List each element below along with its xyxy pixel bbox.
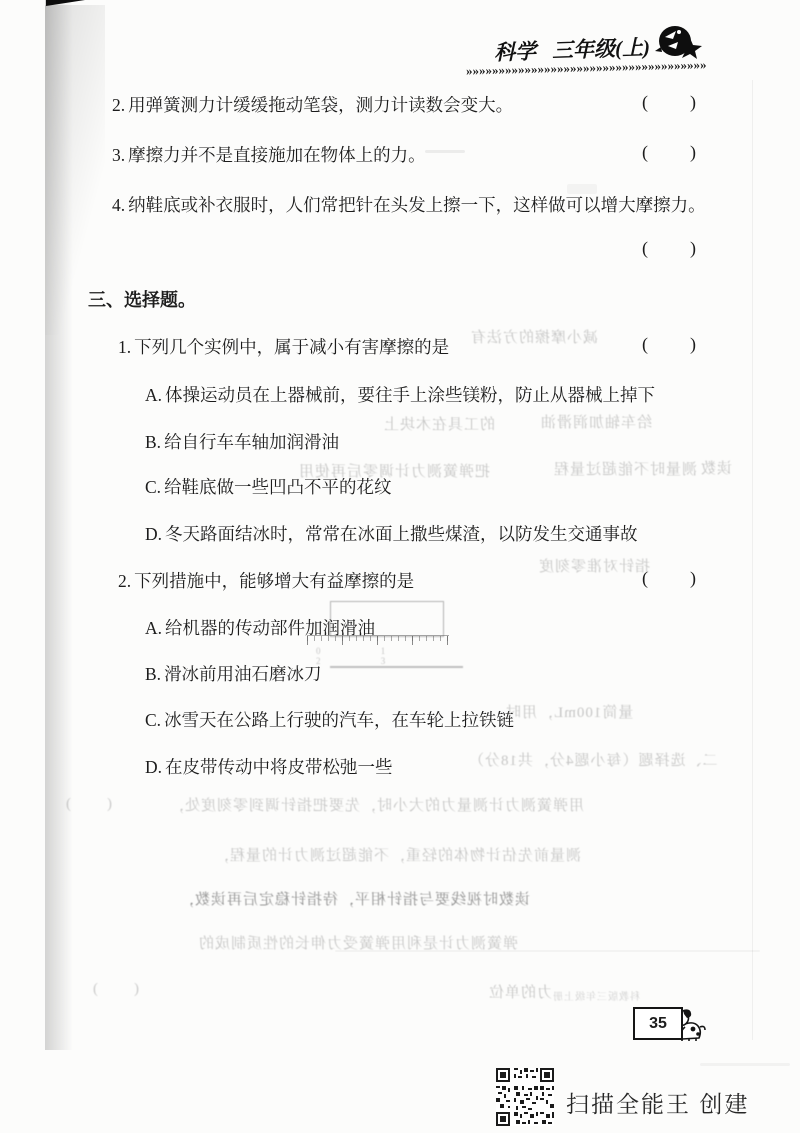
answer-brackets: () — [642, 142, 696, 163]
page-number: 35 — [649, 1015, 667, 1033]
question-text: 用弹簧测力计缓缓拖动笔袋，测力计读数会变大。 — [128, 95, 513, 115]
answer-brackets: () — [642, 92, 696, 113]
option-row-2b: B.滑冰前用油石磨冰刀 — [145, 661, 322, 686]
bracket-open: ( — [642, 238, 648, 259]
ghost-text: 弹簧测力计是利用弹簧受力伸长的性质制成的 — [198, 932, 518, 953]
question-number: 3. — [112, 145, 125, 165]
option-text: 给自行车车轴加润滑油 — [164, 432, 339, 452]
ghost-text: 把弹簧测力计调零后再使用 — [298, 460, 490, 481]
bracket-close: ) — [690, 568, 696, 589]
page-number-badge: 35 — [633, 1007, 683, 1040]
ghost-text: 测量前先估计物体的轻重，不能超过测力计的量程， — [213, 844, 581, 865]
bracket-close: ) — [134, 981, 139, 998]
option-row-2d: D.在皮带传动中将皮带松弛一些 — [145, 754, 393, 779]
option-label: B. — [145, 432, 161, 452]
bracket-open: ( — [642, 92, 648, 113]
bracket-open: ( — [93, 981, 98, 998]
answer-brackets: () — [642, 568, 696, 589]
ghost-text: 量筒100mL，用时 — [505, 701, 633, 722]
scan-smudge — [700, 1063, 790, 1066]
ghost-text: 测量时不能超过量程 — [553, 458, 697, 479]
option-text: 在皮带传动中将皮带松弛一些 — [165, 757, 393, 777]
ghost-ruler-line — [330, 666, 463, 668]
ghost-text: 读数 — [700, 457, 732, 478]
qr-code — [496, 1068, 554, 1126]
option-label: D. — [145, 524, 162, 544]
question-text: 纳鞋底或补衣服时，人们常把针在头发上擦一下，这样做可以增大摩擦力。 — [128, 195, 706, 215]
choice-question-1: 1.下列几个实例中，属于减小有害摩擦的是 — [118, 334, 449, 359]
bracket-close: ) — [107, 796, 112, 813]
option-row-1a: A.体操运动员在上器械前，要往手上涂些镁粉，防止从器械上掉下 — [145, 382, 655, 407]
bracket-open: ( — [642, 142, 648, 163]
option-label: D. — [145, 757, 162, 777]
scanner-watermark: 扫描全能王 创建 — [566, 1086, 749, 1119]
bracket-close: ) — [690, 334, 696, 355]
option-label: B. — [145, 664, 161, 684]
ghost-text: 二、选择题（每小题4分，共18分） — [468, 749, 718, 770]
tf-question-4: 4.纳鞋底或补衣服时，人们常把针在头发上擦一下，这样做可以增大摩擦力。 — [112, 192, 706, 217]
question-number: 2. — [118, 571, 131, 591]
tf-question-3: 3.摩擦力并不是直接施加在物体上的力。 — [112, 142, 426, 167]
question-stem: 下列措施中，能够增大有益摩擦的是 — [134, 571, 414, 591]
ghost-text: 指针对准零刻度 — [538, 555, 650, 576]
option-row-2c: C.冰雪天在公路上行驶的汽车，在车轮上拉铁链 — [145, 707, 514, 732]
option-row-1d: D.冬天路面结冰时，常常在冰面上撒些煤渣，以防发生交通事故 — [145, 521, 638, 546]
ghost-ruler-numbers: 0 1 2 3 — [316, 646, 456, 666]
answer-brackets: () — [642, 238, 696, 259]
option-text: 冬天路面结冰时，常常在冰面上撒些煤渣，以防发生交通事故 — [165, 524, 638, 544]
tf-question-2: 2.用弹簧测力计缓缓拖动笔袋，测力计读数会变大。 — [112, 92, 513, 117]
ghost-text: 读数时视线要与指针相平，待指针稳定后再读数， — [178, 888, 530, 909]
scan-corner-mark — [0, 0, 100, 10]
option-label: A. — [145, 618, 162, 638]
answer-brackets: () — [642, 334, 696, 355]
bracket-open: ( — [66, 796, 71, 813]
question-stem: 下列几个实例中，属于减小有害摩擦的是 — [134, 337, 449, 357]
option-text: 冰雪天在公路上行驶的汽车，在车轮上拉铁链 — [164, 710, 514, 730]
ghost-text: 减小摩擦的方法有 — [470, 326, 598, 347]
option-label: A. — [145, 385, 162, 405]
question-number: 2. — [112, 95, 125, 115]
ghost-ruler-box — [330, 601, 444, 637]
option-text: 体操运动员在上器械前，要往手上涂些镁粉，防止从器械上掉下 — [165, 385, 655, 405]
ghost-ruler-ticks — [307, 635, 449, 645]
option-row-1b: B.给自行车车轴加润滑油 — [145, 429, 339, 454]
question-text: 摩擦力并不是直接施加在物体上的力。 — [128, 145, 426, 165]
scan-smudge — [425, 150, 465, 153]
choice-question-2: 2.下列措施中，能够增大有益摩擦的是 — [118, 568, 414, 593]
ghost-brackets: () — [93, 981, 139, 998]
bracket-open: ( — [642, 334, 648, 355]
ghost-text: 力的单位 — [488, 981, 552, 1002]
question-number: 1. — [118, 337, 131, 357]
option-label: C. — [145, 710, 161, 730]
option-label: C. — [145, 477, 161, 497]
ghost-text: 用弹簧测力计测量力的大小时，先要把指针调到零刻度处， — [168, 794, 584, 815]
ghost-text: 给车轴加润滑油 — [540, 411, 652, 432]
bracket-close: ) — [690, 142, 696, 163]
option-text: 滑冰前用油石磨冰刀 — [164, 664, 322, 684]
bracket-close: ) — [690, 92, 696, 113]
scan-page-edge-line — [752, 80, 753, 1040]
question-number: 4. — [112, 195, 125, 215]
bracket-close: ) — [690, 238, 696, 259]
ghost-text: 科教版三年级上册 — [552, 988, 640, 1003]
scanned-workbook-page: 科学 三年级(上) »»»»»»»»»»»»»»»»»»»»»»»»»»»»»»… — [0, 0, 800, 1133]
ghost-brackets: () — [66, 796, 112, 813]
section-title: 三、选择题。 — [88, 286, 196, 312]
ghost-text: 的工具在木块上 — [383, 413, 495, 434]
